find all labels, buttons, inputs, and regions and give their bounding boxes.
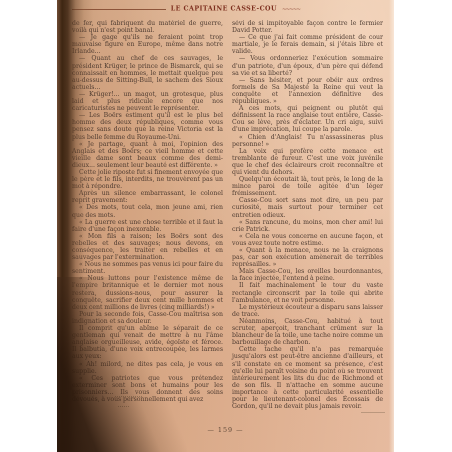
paragraph: « Ces patriotes que vous prétendez exter… bbox=[72, 375, 223, 403]
paragraph: « Je partage, quant à moi, l'opinion des… bbox=[72, 141, 223, 169]
paragraph: « Des mots, tout cela, mon jeune ami, ri… bbox=[72, 204, 223, 218]
left-column: de fer, qui fabriquent du matériel de gu… bbox=[72, 20, 223, 410]
paragraph: Cette tache qu'il n'a pas remarquée jusq… bbox=[232, 346, 383, 410]
paragraph: Il comprit qu'un abîme le séparait de ce… bbox=[72, 325, 223, 360]
paragraph: Le mystérieux écouteur a disparu sans la… bbox=[232, 304, 383, 318]
paragraph: — Vous ordonneriez l'exécution sommaire … bbox=[232, 55, 383, 76]
header-rule bbox=[72, 9, 166, 10]
paragraph: Il fait machinalement le tour du vaste r… bbox=[232, 282, 383, 303]
paragraph: Après un silence embarrassant, le colone… bbox=[72, 190, 223, 204]
paragraph: A ces mots, qui peignent ou plutôt qui d… bbox=[232, 105, 383, 133]
paragraph: « Cela ne vous concerne en aucune façon,… bbox=[232, 233, 383, 247]
header-ornament: ~~~~~ bbox=[282, 7, 300, 13]
paragraph: — Sans hésiter, et pour obéir aux ordres… bbox=[232, 77, 383, 105]
paragraph: « Quant à la menace, nous ne la craignon… bbox=[232, 247, 383, 268]
text-columns: de fer, qui fabriquent du matériel de gu… bbox=[72, 20, 383, 410]
paragraph: « Chien d'Anglais! Tu n'assassineras plu… bbox=[232, 134, 383, 148]
paragraph: La voix qui profère cette menace est tre… bbox=[232, 148, 383, 176]
right-column: sévi de si impitoyable façon contre le f… bbox=[232, 20, 383, 410]
paragraph: Mais Casse-Cou, les oreilles bourdonnant… bbox=[232, 268, 383, 282]
paragraph: « Mon fils a raison; les Boërs sont des … bbox=[72, 233, 223, 261]
page-number: — 159 — bbox=[57, 426, 394, 434]
paragraph: — Ce que j'ai fait comme président de co… bbox=[232, 34, 383, 55]
paragraph: Cette jolie riposte fut si finement envo… bbox=[72, 169, 223, 190]
pencil-mark bbox=[361, 412, 385, 413]
paragraph: « Sans rancune, du moins, mon cher ami! … bbox=[232, 219, 383, 233]
page-title: LE CAPITAINE CASSE-COU bbox=[171, 6, 277, 13]
running-head: LE CAPITAINE CASSE-COU ~~~~~ bbox=[72, 4, 381, 15]
page-edge-highlight bbox=[389, 0, 394, 452]
paragraph: Casse-Cou sort sans mot dire, un peu par… bbox=[232, 197, 383, 218]
paragraph: Néanmoins, Casse-Cou, habitué à tout scr… bbox=[232, 318, 383, 346]
paragraph: — Quant au chef de ces sauvages, le prés… bbox=[72, 55, 223, 90]
paragraph: « Nous ne sommes pas venus ici pour fair… bbox=[72, 261, 223, 275]
paragraph: sévi de si impitoyable façon contre le f… bbox=[232, 20, 383, 34]
paragraph: « Nous luttons pour l'existence même de … bbox=[72, 275, 223, 310]
paragraph: « Ah! milord, ne dites pas cela, je vous… bbox=[72, 361, 223, 375]
paragraph: « La guerre est une chose terrible et il… bbox=[72, 219, 223, 233]
screenshot-root: { "header": { "title": "LE CAPITAINE CAS… bbox=[0, 0, 452, 452]
paragraph: — Les Boërs estiment qu'il est le plus b… bbox=[72, 112, 223, 140]
paragraph: — Je gage qu'ils ne feraient point trop … bbox=[72, 34, 223, 55]
paragraph: de fer, qui fabriquent du matériel de gu… bbox=[72, 20, 223, 34]
paragraph: — Krüger!... un magot, un grotesque, plu… bbox=[72, 91, 223, 112]
book-page-photo: LE CAPITAINE CASSE-COU ~~~~~ de fer, qui… bbox=[57, 0, 394, 452]
paragraph: Pour la seconde fois, Casse-Cou maîtrisa… bbox=[72, 311, 223, 325]
paragraph: Quelqu'un écoutait là, tout près, le lon… bbox=[232, 176, 383, 197]
